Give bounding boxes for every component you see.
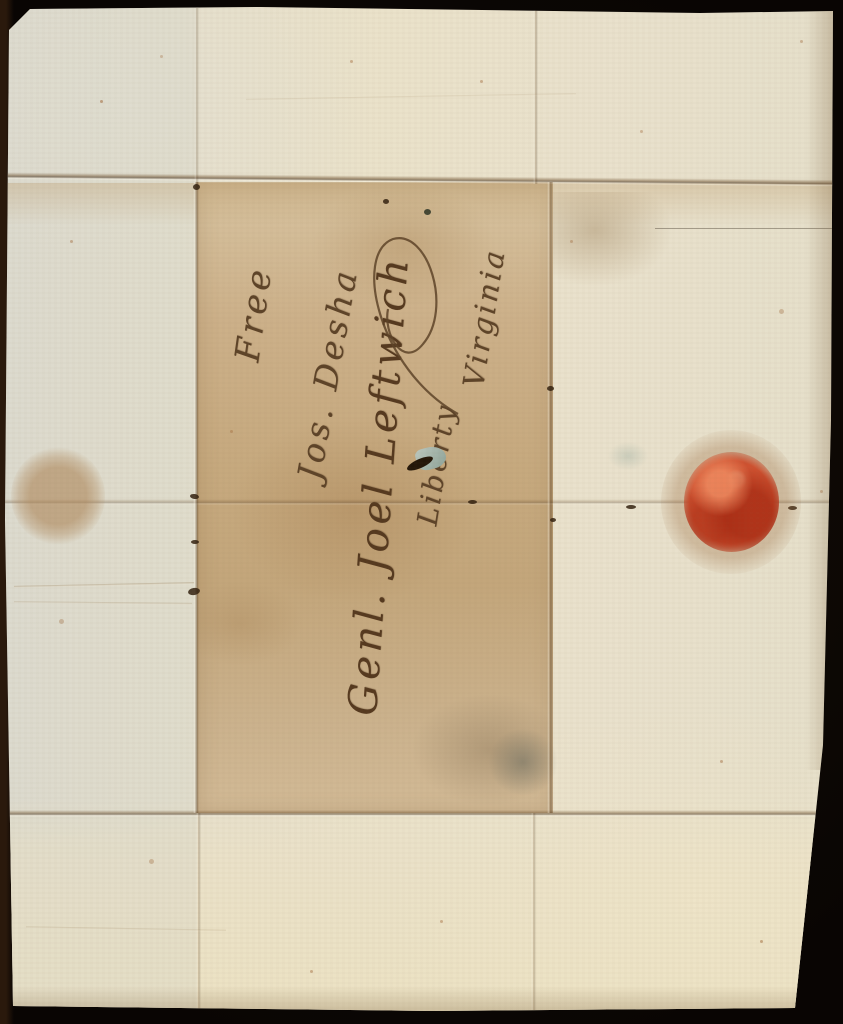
pen-flourish	[348, 219, 468, 429]
frank-marking: Free	[228, 264, 281, 365]
stain-teal-smudge	[608, 442, 648, 470]
fold-nick	[550, 518, 556, 522]
fold-nick	[468, 500, 477, 504]
fold-line-right-vertical-bottom	[531, 813, 536, 1010]
fold-line-right-vertical	[547, 182, 553, 813]
fold-line-bottom	[0, 810, 843, 817]
fold-nick	[191, 540, 199, 544]
photo-stage: Free Jos. Desha Genl. Joel Leftwich Libe…	[0, 0, 843, 1024]
foxing-speckles	[100, 100, 103, 103]
fold-nick	[626, 505, 636, 509]
fold-line-left-vertical-top	[194, 8, 199, 184]
fold-line-left-vertical-bottom	[196, 813, 201, 1009]
wax-seal	[684, 452, 779, 552]
fold-nick	[193, 184, 200, 190]
fold-nick	[424, 209, 431, 215]
crease-wrinkle	[246, 93, 576, 101]
fold-nick	[547, 386, 554, 391]
fold-nick	[383, 199, 389, 204]
seal-bleedthrough-stain	[11, 447, 105, 545]
stain-top-right-of-panel	[553, 192, 673, 287]
paper-right-edge-shadow	[806, 0, 843, 770]
address-block: Free Jos. Desha Genl. Joel Leftwich Libe…	[210, 204, 540, 724]
fold-line-right-vertical-top	[533, 10, 538, 184]
letter-paper: Free Jos. Desha Genl. Joel Leftwich Libe…	[0, 0, 843, 1024]
paper-bottom-edge-shadow	[0, 986, 843, 1016]
